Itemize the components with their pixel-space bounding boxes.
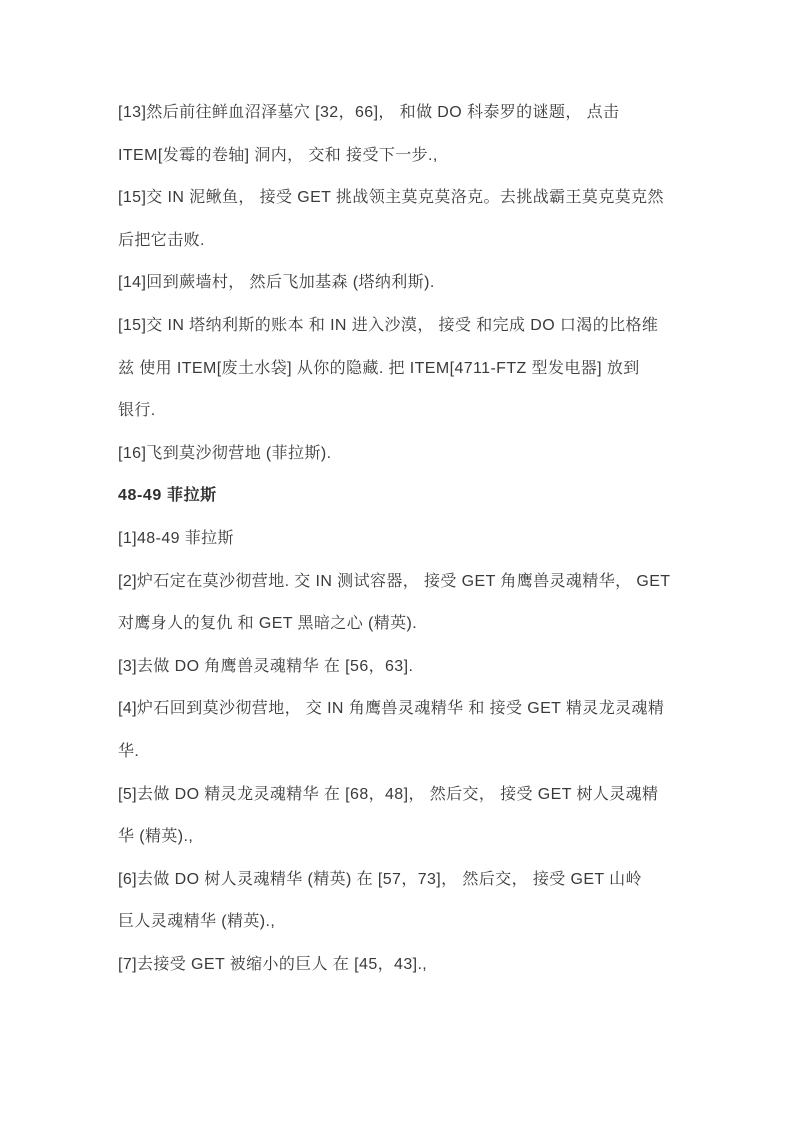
text-line: [5]去做 DO 精灵龙灵魂精华 在 [68，48]， 然后交， 接受 GET … xyxy=(118,774,694,817)
text-line: [14]回到蕨墙村， 然后飞加基森 (塔纳利斯). xyxy=(118,262,694,305)
text-line: [6]去做 DO 树人灵魂精华 (精英) 在 [57，73]， 然后交， 接受 … xyxy=(118,859,694,902)
section-heading: 48-49 菲拉斯 xyxy=(118,475,694,518)
text-line: 华 (精英)., xyxy=(118,816,694,859)
text-line: 兹 使用 ITEM[废土水袋] 从你的隐藏. 把 ITEM[4711-FTZ 型… xyxy=(118,348,694,391)
text-line: 华. xyxy=(118,731,694,774)
text-line: [13]然后前往鲜血沼泽墓穴 [32，66]， 和做 DO 科泰罗的谜题， 点击 xyxy=(118,92,694,135)
text-line: [16]飞到莫沙彻营地 (菲拉斯). xyxy=(118,433,694,476)
text-line: 银行. xyxy=(118,390,694,433)
text-block: [13]然后前往鲜血沼泽墓穴 [32，66]， 和做 DO 科泰罗的谜题， 点击… xyxy=(118,92,694,986)
document-page: [13]然后前往鲜血沼泽墓穴 [32，66]， 和做 DO 科泰罗的谜题， 点击… xyxy=(0,0,800,1132)
text-line: 对鹰身人的复仇 和 GET 黑暗之心 (精英). xyxy=(118,603,694,646)
text-line: [7]去接受 GET 被缩小的巨人 在 [45，43]., xyxy=(118,944,694,987)
text-line: 后把它击败. xyxy=(118,220,694,263)
text-line: [4]炉石回到莫沙彻营地， 交 IN 角鹰兽灵魂精华 和 接受 GET 精灵龙灵… xyxy=(118,688,694,731)
text-line: [3]去做 DO 角鹰兽灵魂精华 在 [56，63]. xyxy=(118,646,694,689)
text-line: [15]交 IN 泥鳅鱼， 接受 GET 挑战领主莫克莫洛克。去挑战霸王莫克莫克… xyxy=(118,177,694,220)
text-line: [2]炉石定在莫沙彻营地. 交 IN 测试容器， 接受 GET 角鹰兽灵魂精华，… xyxy=(118,561,694,604)
text-line: 巨人灵魂精华 (精英)., xyxy=(118,901,694,944)
text-line: [1]48-49 菲拉斯 xyxy=(118,518,694,561)
text-line: [15]交 IN 塔纳利斯的账本 和 IN 进入沙漠， 接受 和完成 DO 口渴… xyxy=(118,305,694,348)
text-line: ITEM[发霉的卷轴] 洞内， 交和 接受下一步., xyxy=(118,135,694,178)
